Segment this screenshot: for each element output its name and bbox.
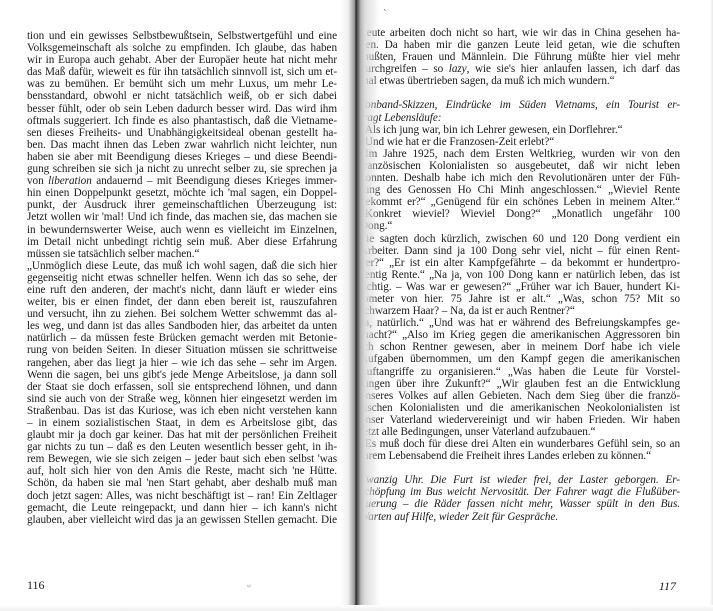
right-page: Leute arbeiten doch nicht so hart, wie w… [350, 0, 713, 611]
page-number-right: 117 [659, 579, 676, 594]
section-gap [360, 462, 680, 474]
text-line: unser Vaterland wiedervereinigt und wir … [360, 414, 680, 426]
text-line: Sie sagten doch kürzlich, zwischen 60 un… [360, 233, 680, 245]
text-line: Wenn die sagen, bei uns gibt's jede Meng… [27, 369, 337, 381]
text-line: von liberation andauernd – mit Beendigun… [27, 175, 337, 187]
text-line: gung schreiben sie sich ja nicht zu unre… [27, 163, 337, 175]
left-page: tion und ein gewisses Selbstbewußtsein, … [0, 0, 350, 611]
book-spread: tion und ein gewisses Selbstbewußtsein, … [0, 0, 713, 611]
text-line: gemacht, die Leute reingepackt, und dann… [27, 502, 337, 514]
text-line: les weg, und dann ist das alles Sandbode… [27, 320, 337, 332]
text-line: Schön, da haben sie mal 'nen Start gehab… [27, 477, 337, 489]
text-line: macht?“ „Also im Krieg gegen die amerika… [360, 329, 680, 341]
text-line: eine ruft den anderen, der macht's nicht… [27, 284, 337, 296]
text-line: französischen Kolonialisten so ausgebeut… [360, 160, 680, 172]
text-line: Tonband-Skizzen, Eindrücke im Süden Viet… [360, 99, 680, 111]
page-number-left: 116 [27, 578, 45, 593]
text-line: gar nichts zu tun – daß es den Leuten we… [27, 441, 337, 453]
text-line: durchgreifen – so lazy, wie sie's hier a… [360, 63, 680, 75]
text-line: gegenseitig nicht etwas schneller helfen… [27, 272, 337, 284]
text-line: sind sie auch von der Straße weg, können… [27, 393, 337, 405]
text-line: „Im Jahre 1925, nach dem Ersten Weltkrie… [360, 148, 680, 160]
text-line: „Es muß doch für diese drei Alten ein wu… [360, 438, 680, 450]
text-line: Dong.“ [360, 220, 680, 232]
text-line: lometer von hier. 75 Jahre ist er alt.“ … [360, 293, 680, 305]
text-line: richtig. – Was war er gewesen?“ „Früher … [360, 281, 680, 293]
text-line: rung von beiden Seiten. In dieser Situat… [27, 344, 337, 356]
text-line: Leute arbeiten doch nicht so hart, wie w… [360, 27, 680, 39]
paper-speck: ᵩ [247, 580, 251, 590]
text-line: und versucht, ihn zu ziehen. Bei solchem… [27, 308, 337, 320]
text-line: schöpfung im Bus weicht Nervosität. Der … [360, 486, 680, 498]
text-line: wir in Europa auch gehabt. Aber der Euro… [27, 54, 337, 66]
text-line: Ja, natürlich.“ „Und was hat er während … [360, 317, 680, 329]
text-line: fragt Lebensläufe: [360, 112, 680, 124]
text-line: schwarzem Haar? – Na, da ist er auch Ren… [360, 305, 680, 317]
text-line: Arbeiter. Dann sind ja 100 Dong sehr vie… [360, 245, 680, 257]
section-heading-tonband-skizzen: Tonband-Skizzen, Eindrücke im Süden Viet… [360, 99, 680, 123]
text-line: „Als ich jung war, bin ich Lehrer gewese… [360, 124, 680, 136]
right-page-body: Leute arbeiten doch nicht so hart, wie w… [360, 27, 680, 523]
text-line: mal etwas übertrieben sagen, da muß ich … [360, 75, 680, 87]
page-edge-bottom [0, 605, 713, 611]
paragraph-tourist-quote: Leute arbeiten doch nicht so hart, wie w… [360, 27, 680, 87]
paragraph-zwanzig-uhr: Zwanzig Uhr. Die Furt ist wieder frei, d… [360, 474, 680, 522]
text-line: doch jetzt sagen: Alles, was nicht besch… [27, 490, 337, 502]
text-line: tion und ein gewisses Selbstbewußtsein, … [27, 30, 337, 42]
text-line: rem Bewegen, wie sie sich zeigen – jeder… [27, 453, 337, 465]
text-line: Jetzt wollen wir 'mal! Und ich finde, da… [27, 211, 337, 223]
text-line: im Detail nicht unbedingt richtig sein m… [27, 236, 337, 248]
text-line: konnten. Deshalb habe ich mich den Revol… [360, 172, 680, 184]
text-line: glaubt mir ja doch gar keiner. Das hat m… [27, 429, 337, 441]
text-line: ben. Da haben mir die ganzen Leute leid … [360, 39, 680, 51]
text-line: natürlich – da müssen feste Brücken gema… [27, 332, 337, 344]
text-line: Aufgaben übernommen, um den Kampf gegen … [360, 353, 680, 365]
text-line: „Unmöglich diese Leute, das muß ich wohl… [27, 260, 337, 272]
text-line: besser fühlt, oder ob sein Leben dadurch… [27, 103, 337, 115]
text-line: haben sie aber mit Beendigung dieses Kri… [27, 151, 337, 163]
text-line: das Maß dafür, wieweit es für ihn tatsäc… [27, 66, 337, 78]
text-line: Volksgemeinschaft als solche zu empfinde… [27, 42, 337, 54]
text-line: oftmals suggeriert. Ich finde es also ph… [27, 115, 337, 127]
text-line: bekommt er?“ „Genügend für ein schönes L… [360, 196, 680, 208]
text-line: in bewundernswerter Weise, auch wenn es … [27, 224, 337, 236]
text-line: punkt, der Ausdruck ihrer gemeinschaftli… [27, 199, 337, 211]
text-line: müssen sie tatsächlich selber machen.“ [27, 248, 337, 260]
left-page-body: tion und ein gewisses Selbstbewußtsein, … [27, 30, 337, 526]
text-line: jetzt alle Bedingungen, unser Vaterland … [360, 426, 680, 438]
text-line: lungen über ihre Zukunft?“ „Wir glauben … [360, 378, 680, 390]
text-line: ich schon Rentner gewesen, aber in meine… [360, 341, 680, 353]
text-line: sischen Kolonialisten und die amerikanis… [360, 402, 680, 414]
paper-mark: ˋ [383, 10, 388, 20]
text-line: ben. Das macht ihnen das Leben zwar wahr… [27, 139, 337, 151]
text-line: was zu bemühen. Er bemüht sich um mehr L… [27, 78, 337, 90]
text-line: ner?“ „Er ist ein alter Kampfgefährte – … [360, 257, 680, 269]
text-line: auf, holt sich hier von den Amis die Res… [27, 465, 337, 477]
text-line: bensstandard, obwohl er nicht tatsächlic… [27, 90, 337, 102]
text-line: Zwanzig Uhr. Die Furt ist wieder frei, d… [360, 474, 680, 486]
text-line: querung – die Räder fassen nicht mehr, W… [360, 498, 680, 510]
text-line: rangehen, aber das liegt ja hier – wie i… [27, 357, 337, 369]
text-line: hin einen Doppelpunkt gesetzt, möchte ic… [27, 187, 337, 199]
text-line: Straßenbau. Das ist das Kuriose, was ich… [27, 405, 337, 417]
section-gap [360, 87, 680, 99]
text-line: weiter, bis er einen findet, der dann eb… [27, 296, 337, 308]
text-line: mußten, Frauen und Männlein. Die Führung… [360, 51, 680, 63]
text-line: unseres Volkes auf allen Gebieten. Nach … [360, 390, 680, 402]
text-line: glauben, aber vielleicht wird das ja an … [27, 514, 337, 526]
text-line: ihrem Lebensabend die Freiheit ihres Lan… [360, 450, 680, 462]
interview-transcript: „Als ich jung war, bin ich Lehrer gewese… [360, 124, 680, 463]
text-line: rung des Genossen Ho Chi Minh angeschlos… [360, 184, 680, 196]
text-line: Warten auf Hilfe, wieder Zeit für Gesprä… [360, 511, 680, 523]
text-line: „Konkret wieviel? Wieviel Dong?“ „Monatl… [360, 208, 680, 220]
text-line: sen dieses Freiheits- und Unabhängigkeit… [27, 127, 337, 139]
italic-term: lazy [449, 63, 467, 75]
text-line: Luftangriffe zu organisieren.“ „Was habe… [360, 366, 680, 378]
text-line: – in einem sozialistischen Staat, in dem… [27, 417, 337, 429]
text-line: zentig Rente.“ „Na ja, von 100 Dong kann… [360, 269, 680, 281]
italic-term: liberation [48, 175, 92, 187]
text-line: „Und wie hat er die Franzosen-Zeit erleb… [360, 136, 680, 148]
text-line: der Staat sie doch erfassen, soll sie en… [27, 381, 337, 393]
